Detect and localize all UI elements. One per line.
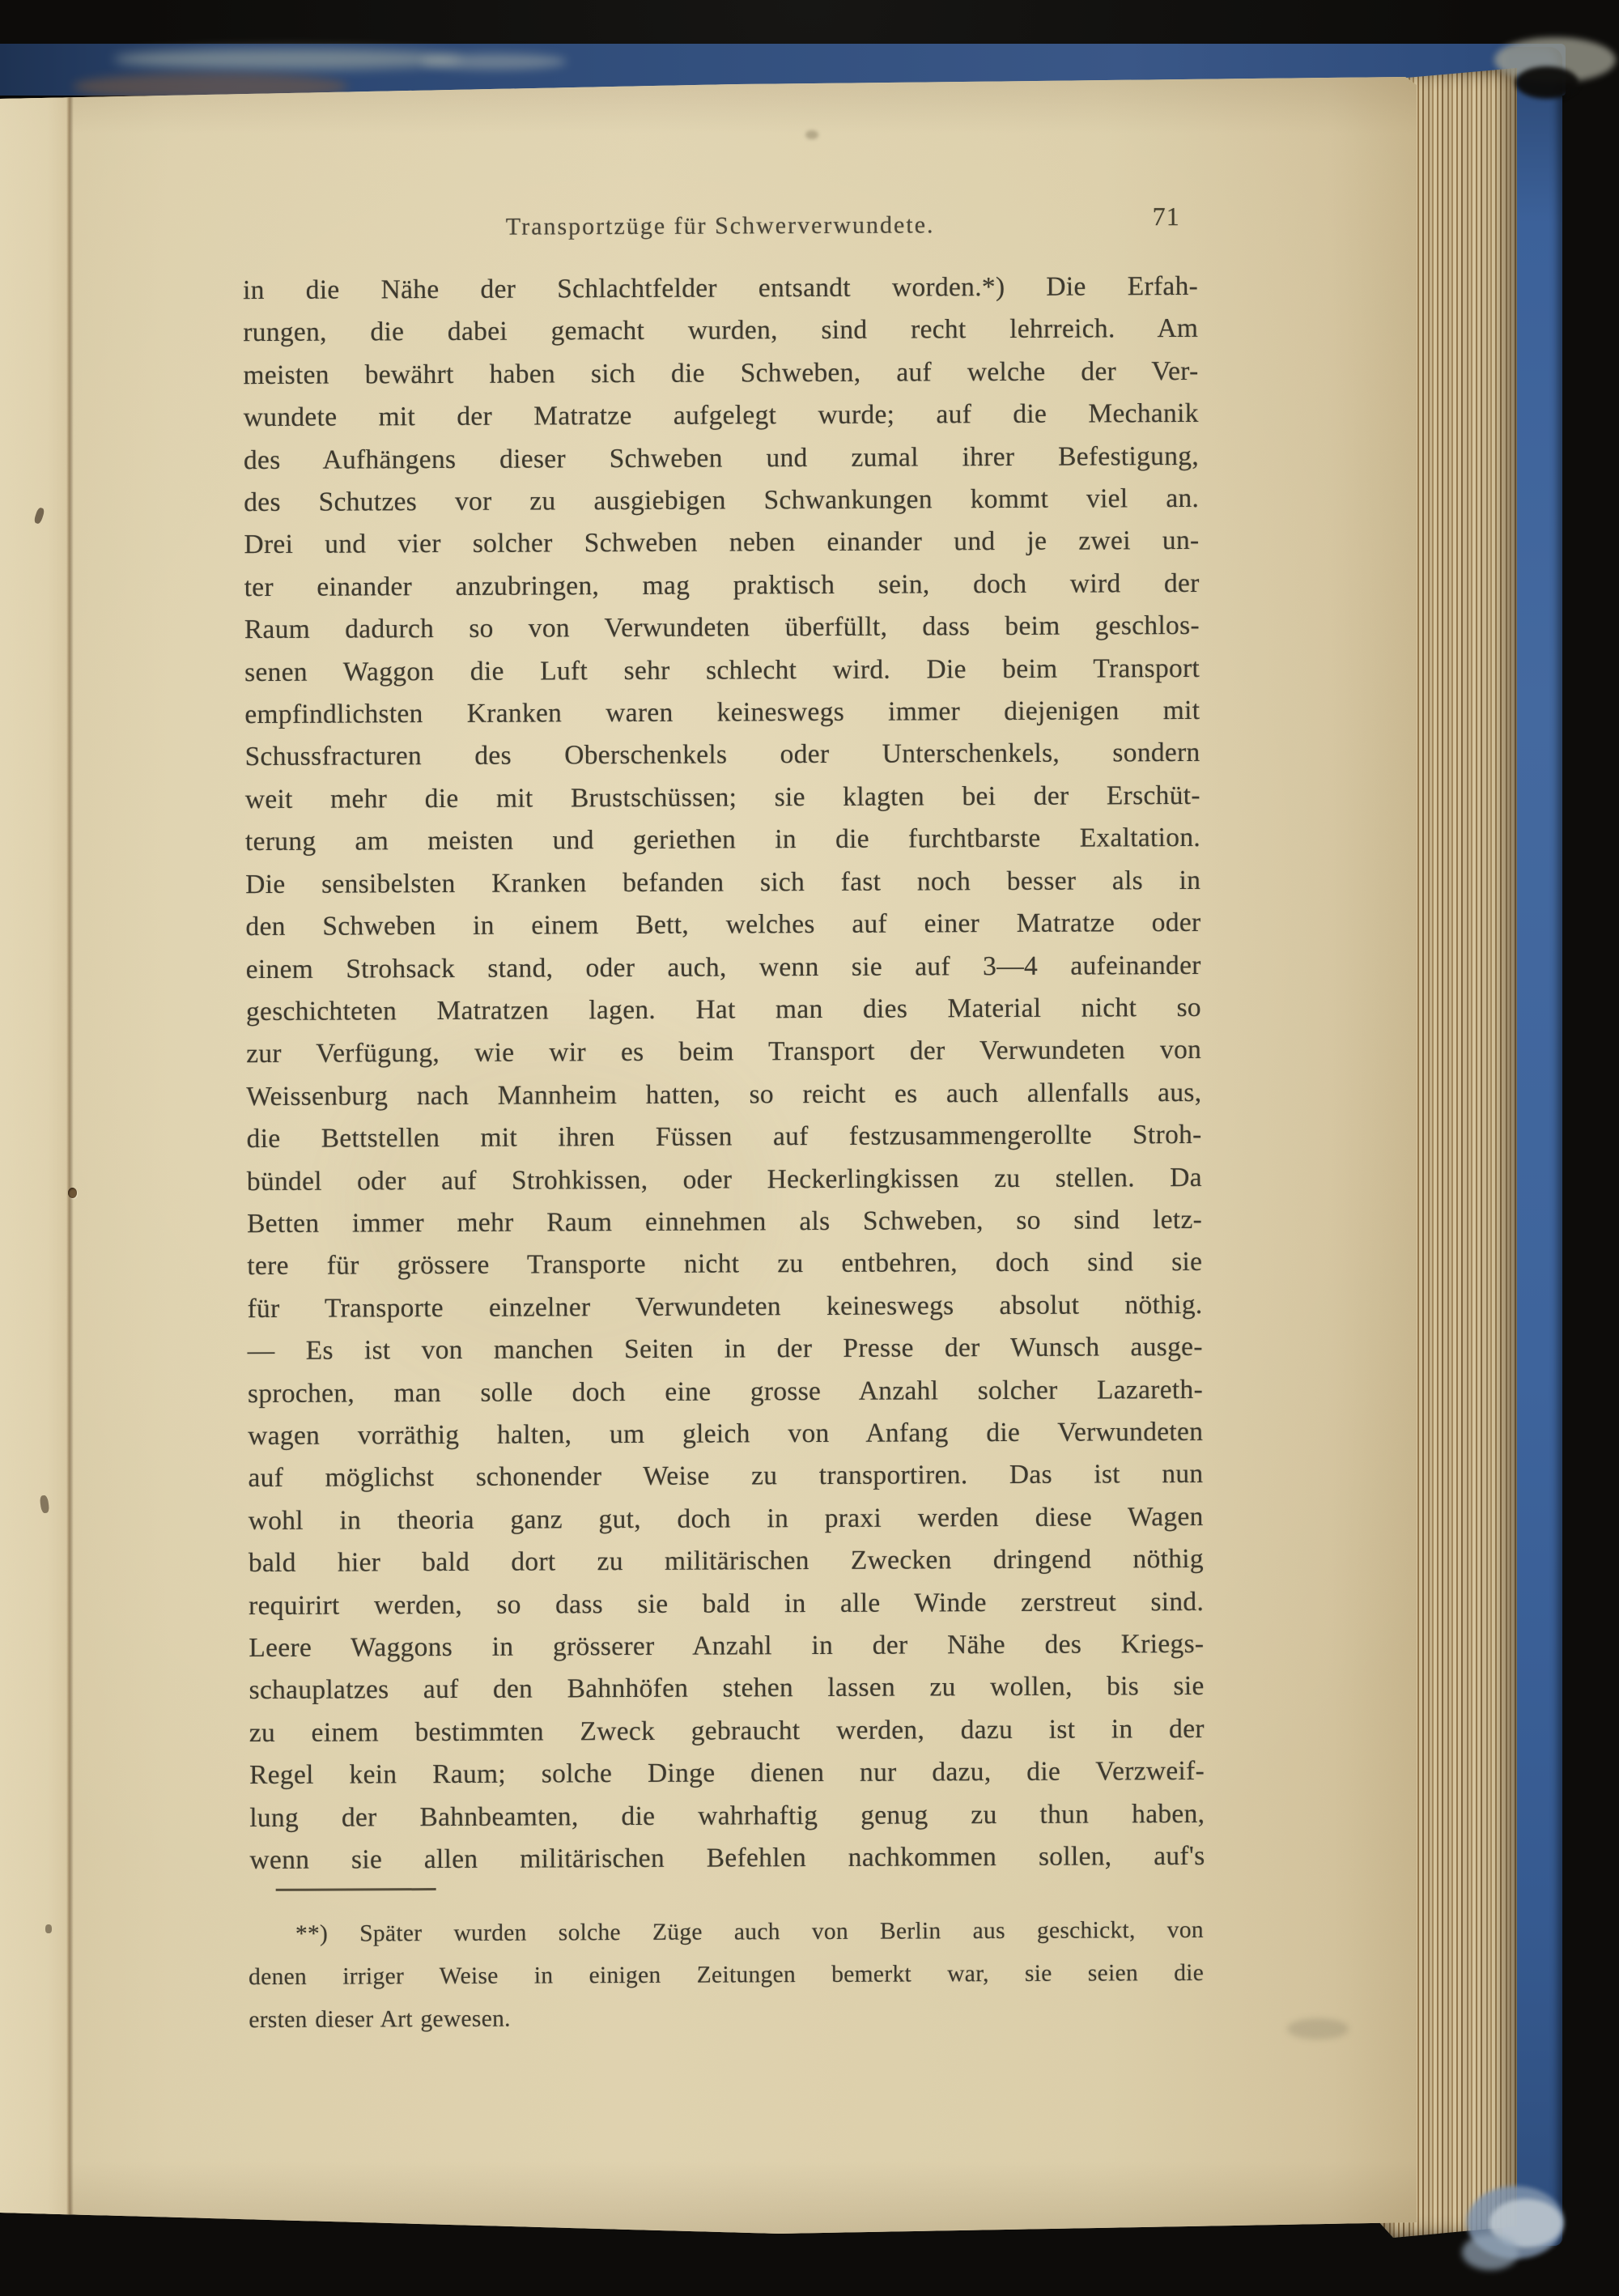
body-text-line: des Aufhängens dieser Schweben und zumal… xyxy=(244,436,1199,483)
body-text-line: wohl in theoria ganz gut, doch in praxi … xyxy=(249,1496,1204,1543)
body-text-line: terung am meisten und geriethen in die f… xyxy=(245,817,1200,864)
printed-text-layer: Transportzüge für Schwerverwundete. 71 i… xyxy=(0,72,1421,2236)
footnote-line: ersten dieser Art gewesen. xyxy=(249,1995,1204,2042)
body-text-line: wenn sie allen militärischen Befehlen na… xyxy=(249,1835,1205,1882)
body-text-line: — Es ist von manchen Seiten in der Press… xyxy=(248,1326,1203,1373)
body-text-line: des Schutzes vor zu ausgiebigen Schwanku… xyxy=(244,478,1199,525)
book-scan-photo: Transportzüge für Schwerverwundete. 71 i… xyxy=(0,0,1619,2296)
body-text-line: Drei und vier solcher Schweben neben ein… xyxy=(244,520,1199,567)
body-text-line: in die Nähe der Schlachtfelder entsandt … xyxy=(243,266,1198,313)
body-text-line: schauplatzes auf den Bahnhöfen stehen la… xyxy=(249,1665,1204,1712)
footnote-rule xyxy=(276,1888,436,1891)
body-text-line: auf möglichst schonender Weise zu transp… xyxy=(248,1453,1203,1500)
body-text-line: Betten immer mehr Raum einnehmen als Sch… xyxy=(247,1199,1202,1246)
body-text-line: meisten bewährt haben sich die Schweben,… xyxy=(243,351,1198,398)
page-number: 71 xyxy=(1153,202,1180,230)
body-text-line: bald hier bald dort zu militärischen Zwe… xyxy=(249,1538,1204,1585)
body-text-line: empfindlichsten Kranken waren keineswegs… xyxy=(244,690,1200,737)
body-text-line: Raum dadurch so von Verwundeten überfüll… xyxy=(244,605,1200,652)
body-text-line: lung der Bahnbeamten, die wahrhaftig gen… xyxy=(249,1793,1205,1840)
body-text-line: tere für grössere Transporte nicht zu en… xyxy=(247,1241,1202,1288)
body-text-line: sprochen, man solle doch eine grosse Anz… xyxy=(248,1368,1203,1415)
body-text-line: zu einem bestimmten Zweck gebraucht werd… xyxy=(249,1708,1205,1755)
body-text-line: Regel kein Raum; solche Dinge dienen nur… xyxy=(249,1750,1205,1797)
footnote-line: denen irriger Weise in einigen Zeitungen… xyxy=(249,1952,1204,1999)
body-text-line: wagen vorräthig halten, um gleich von An… xyxy=(248,1411,1203,1458)
book-page: Transportzüge für Schwerverwundete. 71 i… xyxy=(0,77,1417,2234)
running-head: Transportzüge für Schwerverwundete. 71 xyxy=(243,210,1198,242)
body-text-line: Die sensibelsten Kranken befanden sich f… xyxy=(245,860,1200,907)
body-text: in die Nähe der Schlachtfelder entsandt … xyxy=(243,266,1205,1882)
body-text-line: ter einander anzubringen, mag praktisch … xyxy=(244,563,1200,610)
body-text-line: requirirt werden, so dass sie bald in al… xyxy=(249,1581,1204,1628)
body-text-line: weit mehr die mit Brustschüssen; sie kla… xyxy=(245,775,1200,822)
body-text-line: Leere Waggons in grösserer Anzahl in der… xyxy=(249,1623,1204,1670)
body-text-line: wundete mit der Matratze aufgelegt wurde… xyxy=(244,393,1199,440)
body-text-line: Weissenburg nach Mannheim hatten, so rei… xyxy=(246,1072,1201,1119)
body-text-line: Schussfracturen des Oberschenkels oder U… xyxy=(244,732,1200,779)
body-text-line: einem Strohsack stand, oder auch, wenn s… xyxy=(246,944,1201,991)
body-text-line: bündel oder auf Strohkissen, oder Hecker… xyxy=(247,1156,1202,1203)
body-text-line: die Bettstellen mit ihren Füssen auf fes… xyxy=(247,1114,1202,1161)
footnote-text: **) Später wurden solche Züge auch von B… xyxy=(249,1909,1205,2042)
running-header-title: Transportzüge für Schwerverwundete. xyxy=(506,211,935,240)
body-text-line: den Schweben in einem Bett, welches auf … xyxy=(245,902,1200,949)
body-text-line: zur Verfügung, wie wir es beim Transport… xyxy=(246,1029,1201,1076)
body-text-line: für Transporte einzelner Verwundeten kei… xyxy=(247,1284,1202,1331)
body-text-line: rungen, die dabei gemacht wurden, sind r… xyxy=(243,308,1198,355)
body-text-line: senen Waggon die Luft sehr schlecht wird… xyxy=(244,648,1200,695)
body-text-line: geschichteten Matratzen lagen. Hat man d… xyxy=(246,987,1201,1034)
footnote-line: **) Später wurden solche Züge auch von B… xyxy=(249,1909,1204,1956)
